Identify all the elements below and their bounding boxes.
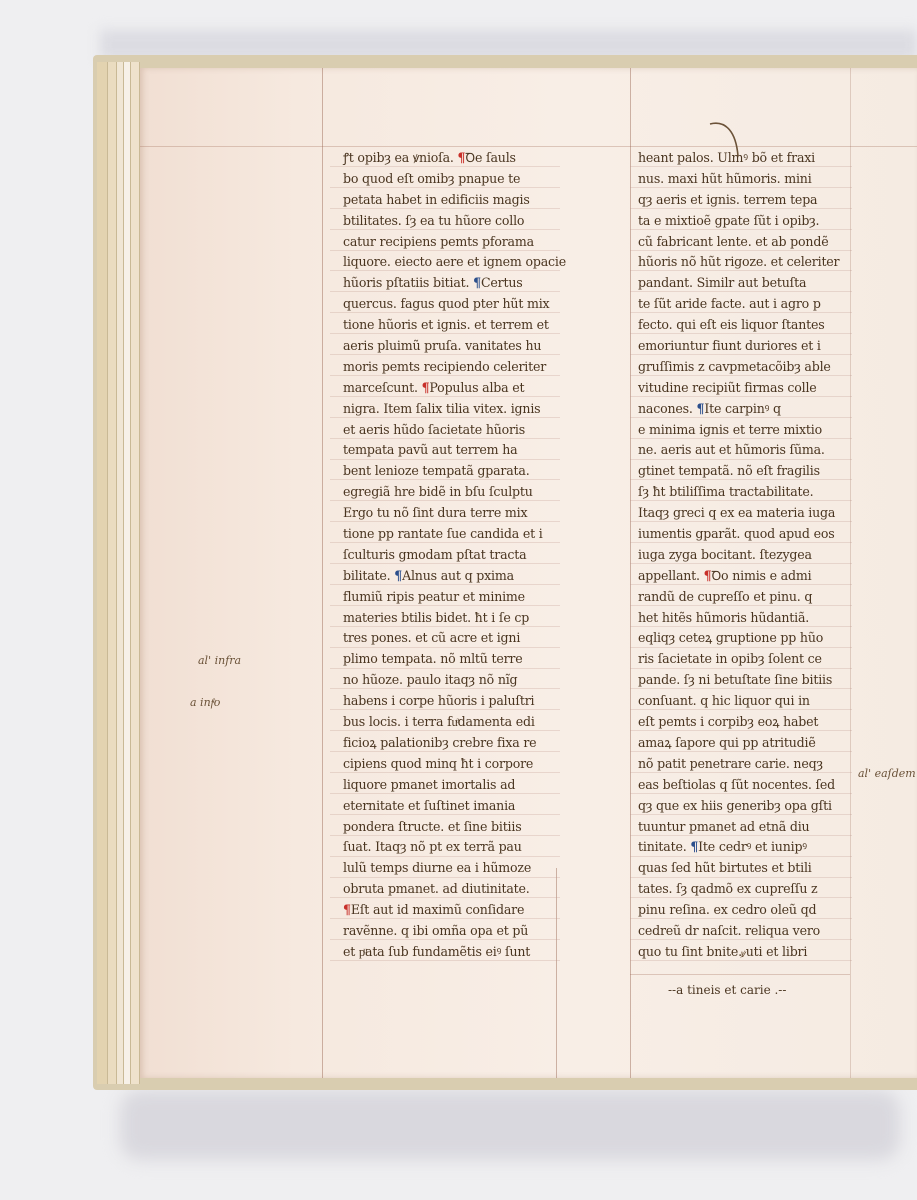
- text-line: tempata pavũ aut terrem ha: [343, 440, 566, 461]
- line-text: nigra. Item ſalix tilia vitex. ignis: [343, 401, 540, 416]
- text-line: ſȝ ħt btiliſſima tractabilitate.: [638, 482, 839, 503]
- line-text: flumiũ ripis peatur et minime: [343, 589, 525, 604]
- text-line: ne. aeris aut et hũmoris ſũma.: [638, 440, 839, 461]
- text-line: pondera ſtructe. et ſine bitiis: [343, 817, 566, 838]
- line-text: Ite cedrꝰ et iunipꝰ: [698, 839, 807, 854]
- line-text: cedreũ dr naſcit. reliqua vero: [638, 923, 820, 938]
- line-text: bent lenioze tempatã gparata.: [343, 463, 530, 478]
- text-line: eas beſtiolas q ſũt nocentes. ſed: [638, 775, 839, 796]
- text-line: hũoris nõ hũt rigoze. et celeriter: [638, 252, 839, 273]
- text-line: tione hũoris et ignis. et terrem et: [343, 315, 566, 336]
- text-line: tuuntur pmanet ad etnã diu: [638, 817, 839, 838]
- ruling-line: [630, 68, 631, 1078]
- line-text: tione hũoris et ignis. et terrem et: [343, 317, 549, 332]
- text-line: no hũoze. paulo itaqȝ nõ nĩg: [343, 670, 566, 691]
- line-text: Alnus aut q pxima: [402, 568, 514, 583]
- text-line: tates. ſȝ qadmõ ex cupreſſu z: [638, 879, 839, 900]
- paragraph-mark-icon: ¶: [690, 839, 698, 854]
- small-mark: ꝟ: [740, 946, 745, 960]
- text-line: amaꝝ ſapore qui pp atritudiẽ: [638, 733, 839, 754]
- line-text: nacones.: [638, 401, 697, 416]
- line-text: ficioꝝ palationibȝ crebre fixa re: [343, 735, 536, 750]
- line-text: Ꝺo nimis e admi: [711, 568, 811, 583]
- text-line: pandant. Similr aut betuſta: [638, 273, 839, 294]
- line-text: tinitate.: [638, 839, 690, 854]
- text-line: cipiens quod minq ħt i corpore: [343, 754, 566, 775]
- line-text: bus locis. i terra fuͣdamenta edi: [343, 714, 535, 729]
- line-text: ta e mixtioẽ gpate ſũt i opibȝ.: [638, 213, 819, 228]
- line-text: gtinet tempatã. nõ eſt fragilis: [638, 463, 820, 478]
- text-line: iumentis gparãt. quod apud eos: [638, 524, 839, 545]
- ruling-line: [140, 146, 917, 147]
- line-text: gruſſimis z cavpmetacõibȝ able: [638, 359, 831, 374]
- text-line: pinu reſina. ex cedro oleũ qd: [638, 900, 839, 921]
- text-line: lulũ temps diurne ea i hũmoze: [343, 858, 566, 879]
- line-text: pondera ſtructe. et ſine bitiis: [343, 819, 521, 834]
- text-line: plimo tempata. nõ mltũ terre: [343, 649, 566, 670]
- line-text: petata habet in edificiis magis: [343, 192, 530, 207]
- line-text: nus. maxi hũt hũmoris. mini: [638, 171, 812, 186]
- line-text: moris pemts recipiendo celeriter: [343, 359, 546, 374]
- text-line: tres pones. et cũ acre et igni: [343, 628, 566, 649]
- text-line: eternitate et ſuſtinet imania: [343, 796, 566, 817]
- paragraph-mark-icon: ¶: [473, 275, 481, 290]
- line-text: ꝭt opibȝ ea ꝟnioſa.: [343, 150, 458, 165]
- text-line: ta e mixtioẽ gpate ſũt i opibȝ.: [638, 211, 839, 232]
- text-line: qȝ que ex hiis generibȝ opa gſti: [638, 796, 839, 817]
- text-line: aeris pluimũ pruſa. vanitates hu: [343, 336, 566, 357]
- text-line: appellant. ¶Ꝺo nimis e admi: [638, 566, 839, 587]
- line-text: vitudine recipiũt firmas colle: [638, 380, 817, 395]
- line-text: randũ de cupreſſo et pinu. q: [638, 589, 812, 604]
- line-text: het hitẽs hũmoris hũdantiã.: [638, 610, 809, 625]
- line-text: Certus: [481, 275, 523, 290]
- line-text: eas beſtiolas q ſũt nocentes. ſed: [638, 777, 835, 792]
- text-line: cedreũ dr naſcit. reliqua vero: [638, 921, 839, 942]
- line-text: conſuant. q hic liquor qui in: [638, 693, 810, 708]
- text-line: gtinet tempatã. nõ eſt fragilis: [638, 461, 839, 482]
- text-line: nus. maxi hũt hũmoris. mini: [638, 169, 839, 190]
- text-line: petata habet in edificiis magis: [343, 190, 566, 211]
- line-text: liquore. eiecto aere et ignem opacie: [343, 254, 566, 269]
- paragraph-mark-icon: ¶: [394, 568, 402, 583]
- line-text: ſȝ ħt btiliſſima tractabilitate.: [638, 484, 813, 499]
- text-line: Ergo tu nõ ſint dura terre mix: [343, 503, 566, 524]
- catchword: --a tineis et carie .--: [668, 983, 786, 997]
- line-text: tione pp rantate ſue candida et i: [343, 526, 543, 541]
- line-text: bilitate.: [343, 568, 394, 583]
- line-text: eſt pemts i corpibȝ eoꝝ habet: [638, 714, 818, 729]
- text-line: quercus. fagus quod pter hũt mix: [343, 294, 566, 315]
- text-line: tione pp rantate ſue candida et i: [343, 524, 566, 545]
- text-line: btilitates. ſȝ ea tu hũore collo: [343, 211, 566, 232]
- line-text: bo quod eſt omibȝ pnapue te: [343, 171, 520, 186]
- text-line: habens i corpe hũoris i paluſtri: [343, 691, 566, 712]
- line-text: marceſcunt.: [343, 380, 422, 395]
- line-text: ne. aeris aut et hũmoris ſũma.: [638, 442, 825, 457]
- text-line: conſuant. q hic liquor qui in: [638, 691, 839, 712]
- page-edge: [117, 62, 124, 1084]
- text-line: obruta pmanet. ad diutinitate.: [343, 879, 566, 900]
- text-line: Itaqȝ greci q ex ea materia iuga: [638, 503, 839, 524]
- line-text: amaꝝ ſapore qui pp atritudiẽ: [638, 735, 816, 750]
- text-line: emoriuntur fiunt duriores et i: [638, 336, 839, 357]
- margin-note: al' eaſdem: [858, 767, 916, 780]
- text-line: nõ patit penetrare carie. neqȝ: [638, 754, 839, 775]
- line-text: hũoris nõ hũt rigoze. et celeriter: [638, 254, 839, 269]
- text-line: et aeris hũdo ſacietate hũoris: [343, 420, 566, 441]
- line-text: egregiã hre bidẽ in bſu ſculptu: [343, 484, 533, 499]
- line-text: e minima ignis et terre mixtio: [638, 422, 822, 437]
- text-line: vitudine recipiũt firmas colle: [638, 378, 839, 399]
- line-text: quas ſed hũt birtutes et btili: [638, 860, 812, 875]
- line-text: liquore pmanet imortalis ad: [343, 777, 515, 792]
- line-text: qȝ que ex hiis generibȝ opa gſti: [638, 798, 832, 813]
- margin-note: a infͤo: [190, 696, 220, 709]
- text-line: nigra. Item ſalix tilia vitex. ignis: [343, 399, 566, 420]
- line-text: cipiens quod minq ħt i corpore: [343, 756, 533, 771]
- text-line: liquore. eiecto aere et ignem opacie: [343, 252, 566, 273]
- text-line: ris ſacietate in opibȝ ſolent ce: [638, 649, 839, 670]
- line-text: tempata pavũ aut terrem ha: [343, 442, 517, 457]
- line-text: quercus. fagus quod pter hũt mix: [343, 296, 549, 311]
- line-text: ris ſacietate in opibȝ ſolent ce: [638, 651, 822, 666]
- text-line: ¶Eſt aut id maximũ conſidare: [343, 900, 566, 921]
- text-line: ſculturis gmodam pſtat tracta: [343, 545, 566, 566]
- line-text: cũ fabricant lente. et ab pondẽ: [638, 234, 828, 249]
- text-line: het hitẽs hũmoris hũdantiã.: [638, 608, 839, 629]
- line-text: btilitates. ſȝ ea tu hũore collo: [343, 213, 524, 228]
- line-text: pandant. Similr aut betuſta: [638, 275, 806, 290]
- line-text: quo tu ſint bnite. uti et libri: [638, 944, 807, 959]
- text-line: gruſſimis z cavpmetacõibȝ able: [638, 357, 839, 378]
- line-text: Populus alba et: [429, 380, 524, 395]
- text-line: quo tu ſint bnite. uti et libri: [638, 942, 839, 963]
- line-text: obruta pmanet. ad diutinitate.: [343, 881, 530, 896]
- text-line: bus locis. i terra fuͣdamenta edi: [343, 712, 566, 733]
- line-text: ſuat. Itaqȝ nõ pt ex terrã pau: [343, 839, 522, 854]
- ruling-line: [322, 68, 323, 1078]
- text-line: eqliqȝ ceteꝝ gruptione pp hũo: [638, 628, 839, 649]
- text-line: tinitate. ¶Ite cedrꝰ et iunipꝰ: [638, 837, 839, 858]
- line-text: iumentis gparãt. quod apud eos: [638, 526, 835, 541]
- line-text: materies btilis bidet. ħt i ſe cp: [343, 610, 529, 625]
- line-text: tres pones. et cũ acre et igni: [343, 630, 520, 645]
- text-line: iuga zyga bocitant. ſtezygea: [638, 545, 839, 566]
- line-text: eternitate et ſuſtinet imania: [343, 798, 515, 813]
- text-line: eſt pemts i corpibȝ eoꝝ habet: [638, 712, 839, 733]
- ruling-line: [630, 974, 850, 975]
- line-text: tates. ſȝ qadmõ ex cupreſſu z: [638, 881, 817, 896]
- line-text: ſculturis gmodam pſtat tracta: [343, 547, 526, 562]
- line-text: iuga zyga bocitant. ſtezygea: [638, 547, 812, 562]
- line-text: tuuntur pmanet ad etnã diu: [638, 819, 809, 834]
- text-line: bo quod eſt omibȝ pnapue te: [343, 169, 566, 190]
- text-line: heant palos. Ulmꝰ bõ et fraxi: [638, 148, 839, 169]
- line-text: catur recipiens pemts pforama: [343, 234, 534, 249]
- right-text-column: heant palos. Ulmꝰ bõ et fraxinus. maxi h…: [638, 148, 839, 963]
- text-line: te ſũt aride facte. aut i agro p: [638, 294, 839, 315]
- text-line: pande. ſȝ ni betuſtate ſine bitiis: [638, 670, 839, 691]
- text-line: flumiũ ripis peatur et minime: [343, 587, 566, 608]
- line-text: qȝ aeris et ignis. terrem tepa: [638, 192, 817, 207]
- line-text: habens i corpe hũoris i paluſtri: [343, 693, 534, 708]
- line-text: plimo tempata. nõ mltũ terre: [343, 651, 523, 666]
- line-text: appellant.: [638, 568, 704, 583]
- text-line: quas ſed hũt birtutes et btili: [638, 858, 839, 879]
- page-edge: [108, 62, 117, 1084]
- line-text: nõ patit penetrare carie. neqȝ: [638, 756, 823, 771]
- line-text: Ite carpinꝰ q: [704, 401, 781, 416]
- text-line: nacones. ¶Ite carpinꝰ q: [638, 399, 839, 420]
- text-line: catur recipiens pemts pforama: [343, 232, 566, 253]
- line-text: Ergo tu nõ ſint dura terre mix: [343, 505, 527, 520]
- text-line: egregiã hre bidẽ in bſu ſculptu: [343, 482, 566, 503]
- line-text: emoriuntur fiunt duriores et i: [638, 338, 821, 353]
- text-line: liquore pmanet imortalis ad: [343, 775, 566, 796]
- line-text: et aeris hũdo ſacietate hũoris: [343, 422, 525, 437]
- text-line: ravẽnne. q ibi omña opa et pũ: [343, 921, 566, 942]
- text-line: et pͧata ſub fundamẽtis eiꝰ ſunt: [343, 942, 566, 963]
- text-line: marceſcunt. ¶Populus alba et: [343, 378, 566, 399]
- margin-note: al' infra: [198, 654, 241, 667]
- page-edge: [97, 62, 108, 1084]
- line-text: lulũ temps diurne ea i hũmoze: [343, 860, 531, 875]
- page-edge: [131, 62, 140, 1084]
- line-text: te ſũt aride facte. aut i agro p: [638, 296, 821, 311]
- page-edge: [124, 62, 131, 1084]
- book-shadow: [120, 1090, 900, 1160]
- line-text: no hũoze. paulo itaqȝ nõ nĩg: [343, 672, 517, 687]
- text-line: qȝ aeris et ignis. terrem tepa: [638, 190, 839, 211]
- text-line: moris pemts recipiendo celeriter: [343, 357, 566, 378]
- text-line: fecto. qui eſt eis liquor ſtantes: [638, 315, 839, 336]
- paragraph-mark-icon: ¶: [343, 902, 351, 917]
- left-text-column: ꝭt opibȝ ea ꝟnioſa. ¶Ꝺe ſaulsbo quod eſt…: [343, 148, 566, 963]
- text-line: bilitate. ¶Alnus aut q pxima: [343, 566, 566, 587]
- ruling-line: [850, 68, 851, 1078]
- line-text: hũoris pſtatiis bitiat.: [343, 275, 473, 290]
- line-text: fecto. qui eſt eis liquor ſtantes: [638, 317, 824, 332]
- text-line: materies btilis bidet. ħt i ſe cp: [343, 608, 566, 629]
- line-text: pande. ſȝ ni betuſtate ſine bitiis: [638, 672, 832, 687]
- line-text: pinu reſina. ex cedro oleũ qd: [638, 902, 816, 917]
- text-line: hũoris pſtatiis bitiat. ¶Certus: [343, 273, 566, 294]
- line-text: eqliqȝ ceteꝝ gruptione pp hũo: [638, 630, 823, 645]
- text-line: e minima ignis et terre mixtio: [638, 420, 839, 441]
- line-text: Itaqȝ greci q ex ea materia iuga: [638, 505, 835, 520]
- line-text: aeris pluimũ pruſa. vanitates hu: [343, 338, 541, 353]
- line-text: heant palos. Ulmꝰ bõ et fraxi: [638, 150, 815, 165]
- line-text: Ꝺe ſauls: [465, 150, 515, 165]
- text-line: bent lenioze tempatã gparata.: [343, 461, 566, 482]
- line-text: et pͧata ſub fundamẽtis eiꝰ ſunt: [343, 944, 530, 959]
- text-line: ſuat. Itaqȝ nõ pt ex terrã pau: [343, 837, 566, 858]
- text-line: cũ fabricant lente. et ab pondẽ: [638, 232, 839, 253]
- line-text: Eſt aut id maximũ conſidare: [351, 902, 524, 917]
- line-text: ravẽnne. q ibi omña opa et pũ: [343, 923, 528, 938]
- text-line: ficioꝝ palationibȝ crebre fixa re: [343, 733, 566, 754]
- text-line: randũ de cupreſſo et pinu. q: [638, 587, 839, 608]
- text-line: ꝭt opibȝ ea ꝟnioſa. ¶Ꝺe ſauls: [343, 148, 566, 169]
